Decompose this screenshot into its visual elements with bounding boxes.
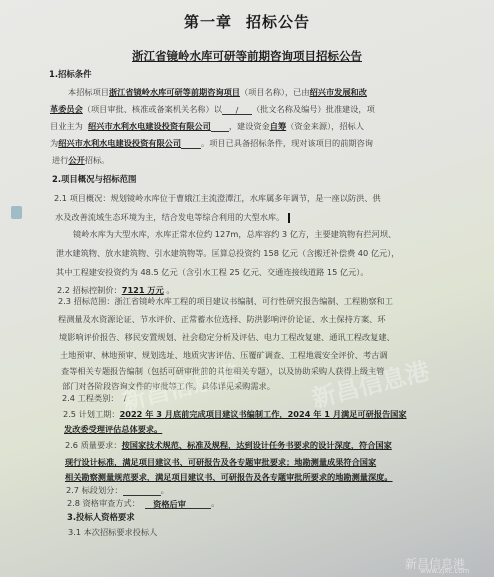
text: 招标。 <box>85 155 110 165</box>
document-page: 第一章招标公告 浙江省镜岭水库可研等前期咨询项目招标公告 1.招标条件 本招标项… <box>0 0 494 577</box>
watermark-corner-url: www.zjxc.com <box>420 567 469 575</box>
label: 2.4 工程类别： <box>62 393 119 403</box>
document-icon <box>11 206 22 219</box>
quality-req: 按国家技术规范、标准及规程，达到设计任务书要求的设计深度，符合国家 <box>122 440 392 450</box>
text-cursor <box>288 213 290 223</box>
s21-line-2: 水及改善流域生态环境为主，结合发电等综合利用的大型水库。 <box>55 212 290 223</box>
s22-line: 2.2 招标控制价：7121 万元 。 <box>57 285 175 296</box>
control-price: 7121 万元 <box>122 285 164 295</box>
label: 2.2 招标控制价： <box>57 285 122 295</box>
s23-line-3: 境影响评价报告、移民安置规划、社会稳定分析及评估、电力工程改复建、通讯工程改复建… <box>59 332 395 343</box>
s26-line-2: 现行设计标准，满足项目建议书、可研报告及各专题审批要求；地勘测量成果符合国家 <box>65 457 376 468</box>
qualification-review: 资格后审 <box>153 499 186 509</box>
s25-line-1: 2.5 计划工期：2022 年 3 月底前完成项目建议书编制工作，2024 年 … <box>63 409 407 420</box>
s21-p2-line-2: 泄水建筑物、放水建筑物、引水建筑物等。匡算总投资约 158 亿元（含搬迁补偿费 … <box>56 248 399 259</box>
qualification-review-field: 资格后审 <box>145 499 211 509</box>
s1-line-2: 革委员会（项目审批、核准或备案机关名称）以/（批文名称及编号）批准建设，项 <box>50 104 375 115</box>
label: 2.5 计划工期： <box>63 409 120 419</box>
text: （资金来源），招标人 <box>286 121 364 131</box>
section-3-heading: 3.投标人资格要求 <box>67 512 135 523</box>
s21-p2-line-3: 其中工程建安投资约为 48.5 亿元（含引水工程 25 亿元、交通连接线道路 1… <box>56 267 369 278</box>
section-2-heading: 2.项目概况与招标范围 <box>52 174 136 185</box>
text: 为 <box>50 138 58 148</box>
text: 。 <box>161 485 169 495</box>
section-1-heading: 1.招标条件 <box>49 69 92 80</box>
s21-line-1: 2.1 项目概况：规划镜岭水库位于曹娥江主流澄潭江，水库属多年调节，是一座以防洪… <box>54 193 381 204</box>
s1-line-1: 本招标项目浙江省镜岭水库可研等前期咨询项目（项目名称），已由绍兴市发展和改 <box>68 87 367 98</box>
text: （批文名称及编号）批准建设，项 <box>252 104 375 114</box>
bidding-mode: 公开 <box>68 155 84 165</box>
text: （项目名称），已由 <box>240 87 310 97</box>
chapter-number: 第一章 <box>184 13 232 31</box>
chapter-title: 第一章招标公告 <box>0 11 494 32</box>
s26-line-3: 相关勘察测量规范要求，满足项目建议书、可研报告及各专题审批所要求的地勘测量深度。 <box>65 472 393 483</box>
lot-division-blank <box>123 486 161 496</box>
text: 水及改善流域生态环境为主，结合发电等综合利用的大型水库。 <box>55 212 284 222</box>
label: 2.8 资格审查方式： <box>67 498 140 508</box>
s26-line-1: 2.6 质量要求：按国家技术规范、标准及规程，达到设计任务书要求的设计深度，符合… <box>65 440 392 451</box>
text: 本招标项目 <box>68 87 109 97</box>
label: 2.7 标段划分： <box>66 485 123 495</box>
chapter-name: 招标公告 <box>246 13 310 31</box>
s23-line-2: 程测量及水资源论证、节水评价、正常蓄水位选择、防洪影响评价论证、水土保持方案、环 <box>58 314 386 325</box>
watermark-brand: 新昌信息港 <box>118 354 243 417</box>
s23-line-1: 2.3 招标范围：浙江省镜岭水库工程的项目建议书编制、可行性研究报告编制、工程勘… <box>58 296 393 307</box>
underline-fill <box>181 139 201 149</box>
s24-line: 2.4 工程类别： / <box>62 393 127 404</box>
text: 进行 <box>52 155 68 165</box>
approval-doc-blank: / <box>222 105 252 115</box>
quality-req-cont-2: 相关勘察测量规范要求，满足项目建议书、可研报告及各专题审批所要求的地勘测量深度。 <box>65 472 393 482</box>
approval-authority-cont: 革委员会 <box>50 104 83 114</box>
underline-fill <box>211 122 229 132</box>
text: 目业主为 <box>50 121 83 131</box>
document-title: 浙江省镜岭水库可研等前期咨询项目招标公告 <box>0 48 494 64</box>
text: 。 <box>166 285 174 295</box>
text: 。项目已具备招标条件，现对该项目的前期咨询 <box>201 138 373 148</box>
s1-line-5: 进行公开招标。 <box>52 155 109 166</box>
project-owner: 绍兴市水利水电建设投资有限公司 <box>88 121 211 131</box>
s1-line-4: 为绍兴市水利水电建设投资有限公司。项目已具备招标条件，现对该项目的前期咨询 <box>50 138 373 149</box>
schedule: 2022 年 3 月底前完成项目建议书编制工作，2024 年 1 月满足可研报告… <box>120 409 407 419</box>
label: 2.6 质量要求： <box>65 440 122 450</box>
project-name: 浙江省镜岭水库可研等前期咨询项目 <box>109 87 240 97</box>
quality-req-cont: 现行设计标准，满足项目建议书、可研报告及各专题审批要求；地勘测量成果符合国家 <box>65 457 376 467</box>
text: （项目审批、核准或备案机关名称）以 <box>83 104 222 114</box>
text: 。 <box>211 498 219 508</box>
document-title-text: 浙江省镜岭水库可研等前期咨询项目招标公告 <box>132 49 362 63</box>
approval-authority: 绍兴市发展和改 <box>310 87 367 97</box>
fund-source: 自筹 <box>270 121 286 131</box>
schedule-cont: 发改委受理评估总体要求。 <box>64 424 162 434</box>
text: ，建设资金 <box>229 121 270 131</box>
s1-line-3: 目业主为 绍兴市水利水电建设投资有限公司，建设资金自筹（资金来源），招标人 <box>50 121 364 132</box>
tenderer: 绍兴市水利水电建设投资有限公司 <box>58 138 181 148</box>
s21-p2-line-1: 镜岭水库为大型水库，水库正常水位约 127m，总库容约 3 亿方，主要建筑物有拦… <box>73 229 396 240</box>
s31-line-1: 3.1 本次招标要求投标人 <box>68 527 157 538</box>
s25-line-2: 发改委受理评估总体要求。 <box>64 424 162 435</box>
s27-line: 2.7 标段划分：。 <box>66 485 169 496</box>
s28-line: 2.8 资格审查方式： 资格后审。 <box>67 498 219 509</box>
